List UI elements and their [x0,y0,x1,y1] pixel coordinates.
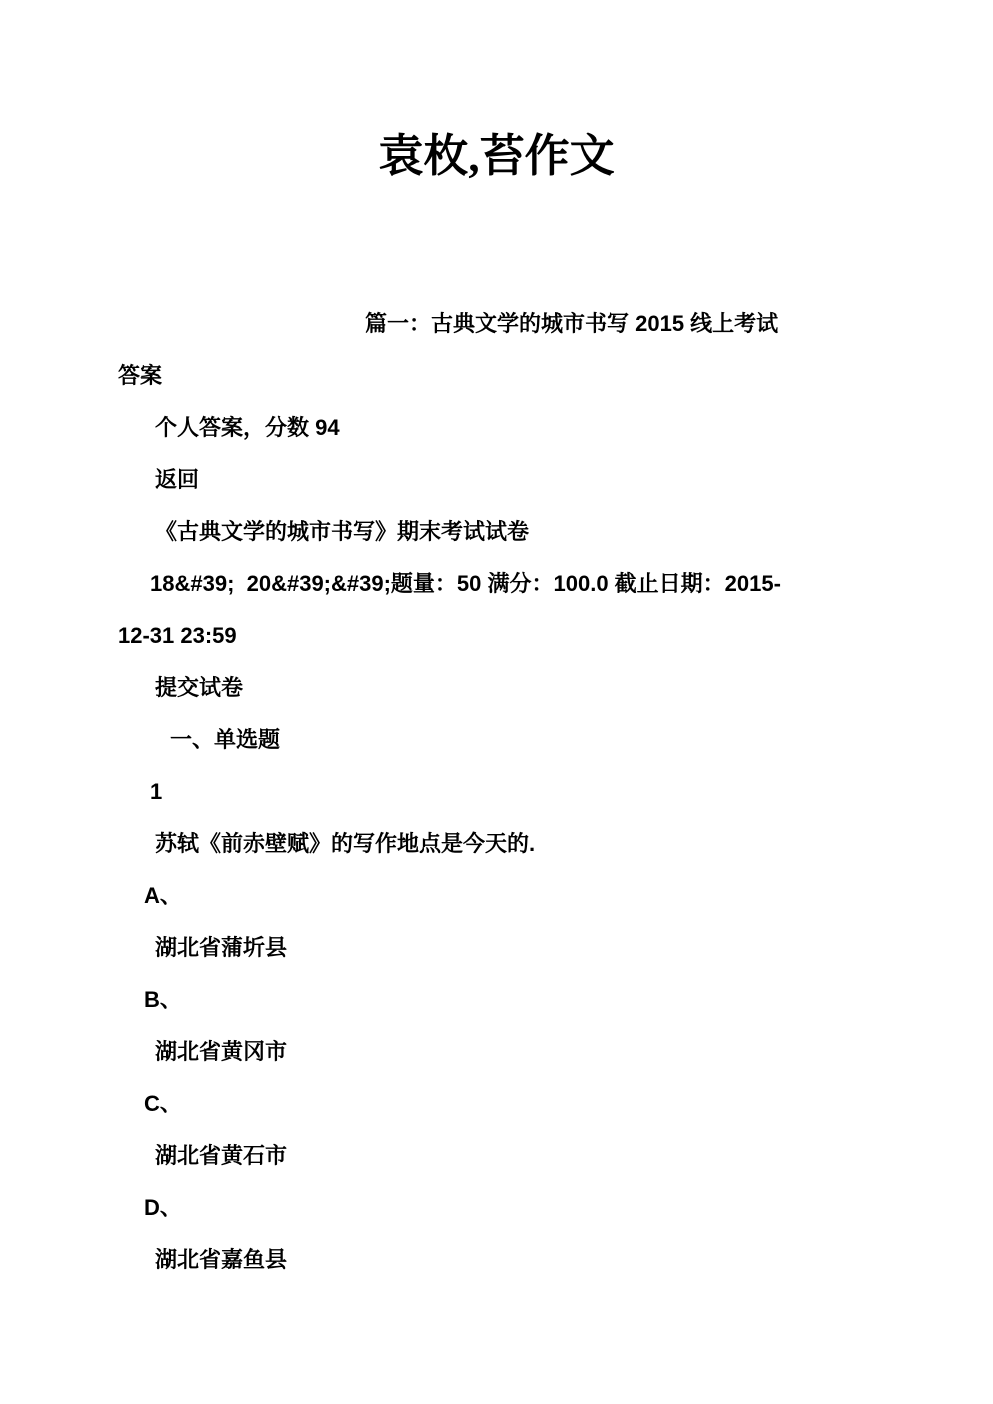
option-text: 湖北省蒲圻县 [118,922,875,974]
option-letter: A、 [118,870,875,922]
option-b: B、 湖北省黄冈市 [118,974,875,1078]
exam-meta-line1: 18&#39; 20&#39;&#39;题量：50 满分：100.0 截止日期：… [118,558,875,610]
exam-meta-line2: 12-31 23:59 [118,610,875,662]
option-text: 湖北省黄冈市 [118,1026,875,1078]
option-text: 湖北省黄石市 [118,1130,875,1182]
back-link-text: 返回 [118,454,875,506]
document-page: 袁枚,苔作文 篇一：古典文学的城市书写 2015 线上考试 答案 个人答案，分数… [0,0,993,1404]
exam-title: 《古典文学的城市书写》期末考试试卷 [118,506,875,558]
article-heading-line1: 篇一：古典文学的城市书写 2015 线上考试 [118,298,875,350]
question-text: 苏轼《前赤壁赋》的写作地点是今天的. [118,818,875,870]
option-a: A、 湖北省蒲圻县 [118,870,875,974]
article-heading: 篇一：古典文学的城市书写 2015 线上考试 答案 [118,298,875,402]
document-body: 篇一：古典文学的城市书写 2015 线上考试 答案 个人答案，分数 94 返回 … [118,298,875,1286]
section-heading: 一、单选题 [118,714,875,766]
option-d: D、 湖北省嘉鱼县 [118,1182,875,1286]
exam-meta: 18&#39; 20&#39;&#39;题量：50 满分：100.0 截止日期：… [118,558,875,662]
article-heading-line2: 答案 [118,350,875,402]
option-letter: B、 [118,974,875,1026]
option-letter: C、 [118,1078,875,1130]
submit-button-text: 提交试卷 [118,662,875,714]
document-title: 袁枚,苔作文 [0,126,993,186]
option-letter: D、 [118,1182,875,1234]
personal-score-line: 个人答案，分数 94 [118,402,875,454]
option-text: 湖北省嘉鱼县 [118,1234,875,1286]
option-c: C、 湖北省黄石市 [118,1078,875,1182]
question-number: 1 [118,766,875,818]
